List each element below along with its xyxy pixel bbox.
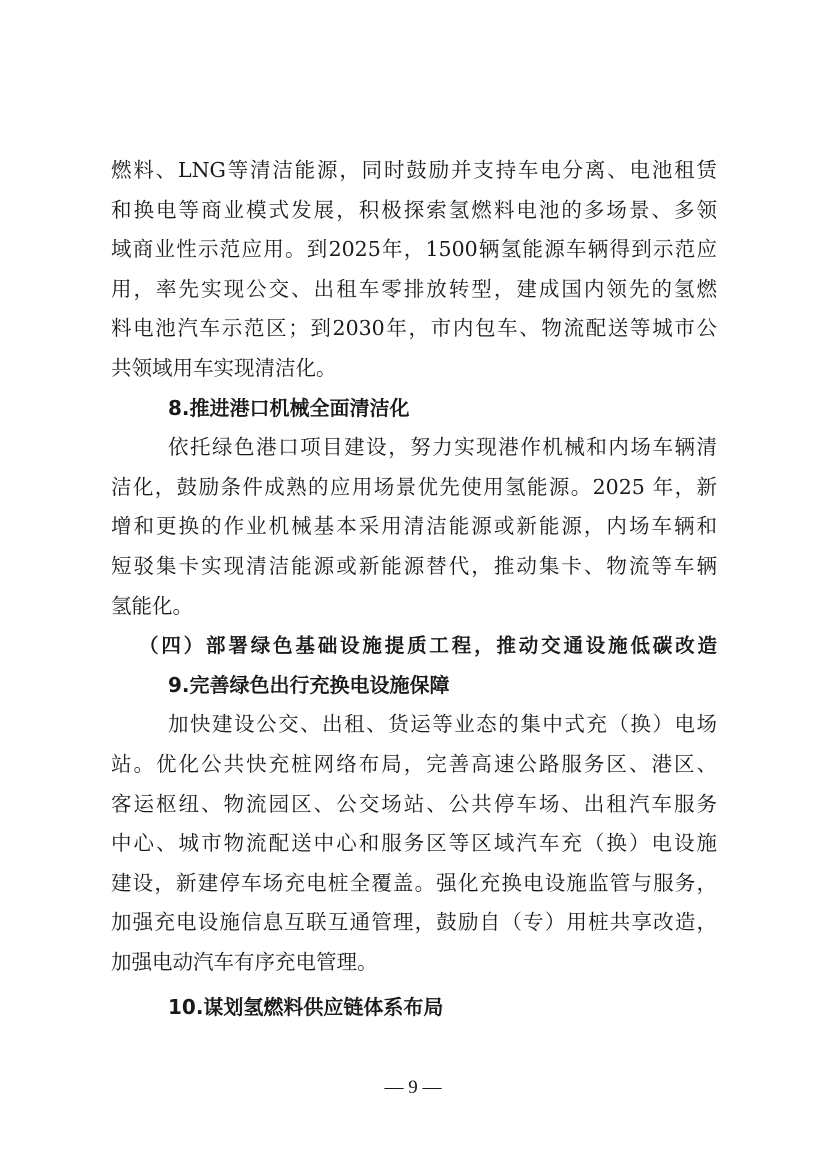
document-page: 燃料、LNG等清洁能源，同时鼓励并支持车电分离、电池租赁 和换电等商业模式发展，… bbox=[111, 151, 717, 1028]
text-line: 氢能化。 bbox=[111, 587, 717, 627]
text-line: 短驳集卡实现清洁能源或新能源替代，推动集卡、物流等车辆 bbox=[111, 547, 717, 587]
text-line: 站。优化公共快充桩网络布局，完善高速公路服务区、港区、 bbox=[111, 745, 717, 785]
text-line: 加强电动汽车有序充电管理。 bbox=[111, 943, 717, 983]
text-line: 用，率先实现公交、出租车零排放转型，建成国内领先的氢燃 bbox=[111, 270, 717, 310]
text-line: 洁化，鼓励条件成熟的应用场景优先使用氢能源。2025 年，新 bbox=[111, 468, 717, 508]
text-line: 和换电等商业模式发展，积极探索氢燃料电池的多场景、多领 bbox=[111, 191, 717, 231]
text-line: 共领域用车实现清洁化。 bbox=[111, 349, 717, 389]
text-line: 建设，新建停车场充电桩全覆盖。强化充换电设施监管与服务， bbox=[111, 864, 717, 904]
page-number: — 9 — bbox=[0, 1077, 826, 1099]
text-line: 加快建设公交、出租、货运等业态的集中式充（换）电场 bbox=[111, 705, 717, 745]
text-line: 料电池汽车示范区；到2030年，市内包车、物流配送等城市公 bbox=[111, 309, 717, 349]
text-line: 增和更换的作业机械基本采用清洁能源或新能源，内场车辆和 bbox=[111, 507, 717, 547]
text-line: 中心、城市物流配送中心和服务区等区域汽车充（换）电设施 bbox=[111, 824, 717, 864]
heading-hydrogen-supply-chain: 10.谋划氢燃料供应链体系布局 bbox=[111, 988, 717, 1028]
paragraph-charging-facilities: 加快建设公交、出租、货运等业态的集中式充（换）电场 站。优化公共快充桩网络布局，… bbox=[111, 705, 717, 982]
text-line: 燃料、LNG等清洁能源，同时鼓励并支持车电分离、电池租赁 bbox=[111, 151, 717, 191]
text-line: 依托绿色港口项目建设，努力实现港作机械和内场车辆清 bbox=[111, 428, 717, 468]
text-line: 域商业性示范应用。到2025年，1500辆氢能源车辆得到示范应 bbox=[111, 230, 717, 270]
paragraph-vehicle-clean-energy: 燃料、LNG等清洁能源，同时鼓励并支持车电分离、电池租赁 和换电等商业模式发展，… bbox=[111, 151, 717, 389]
section-heading-green-infrastructure: （四）部署绿色基础设施提质工程，推动交通设施低碳改造 bbox=[111, 626, 717, 666]
text-line: 客运枢纽、物流园区、公交场站、公共停车场、出租汽车服务 bbox=[111, 785, 717, 825]
text-line: 加强充电设施信息互联互通管理，鼓励自（专）用桩共享改造， bbox=[111, 903, 717, 943]
heading-charging-facilities: 9.完善绿色出行充换电设施保障 bbox=[111, 666, 717, 706]
heading-port-machinery: 8.推进港口机械全面清洁化 bbox=[111, 389, 717, 429]
paragraph-port-machinery: 依托绿色港口项目建设，努力实现港作机械和内场车辆清 洁化，鼓励条件成熟的应用场景… bbox=[111, 428, 717, 626]
